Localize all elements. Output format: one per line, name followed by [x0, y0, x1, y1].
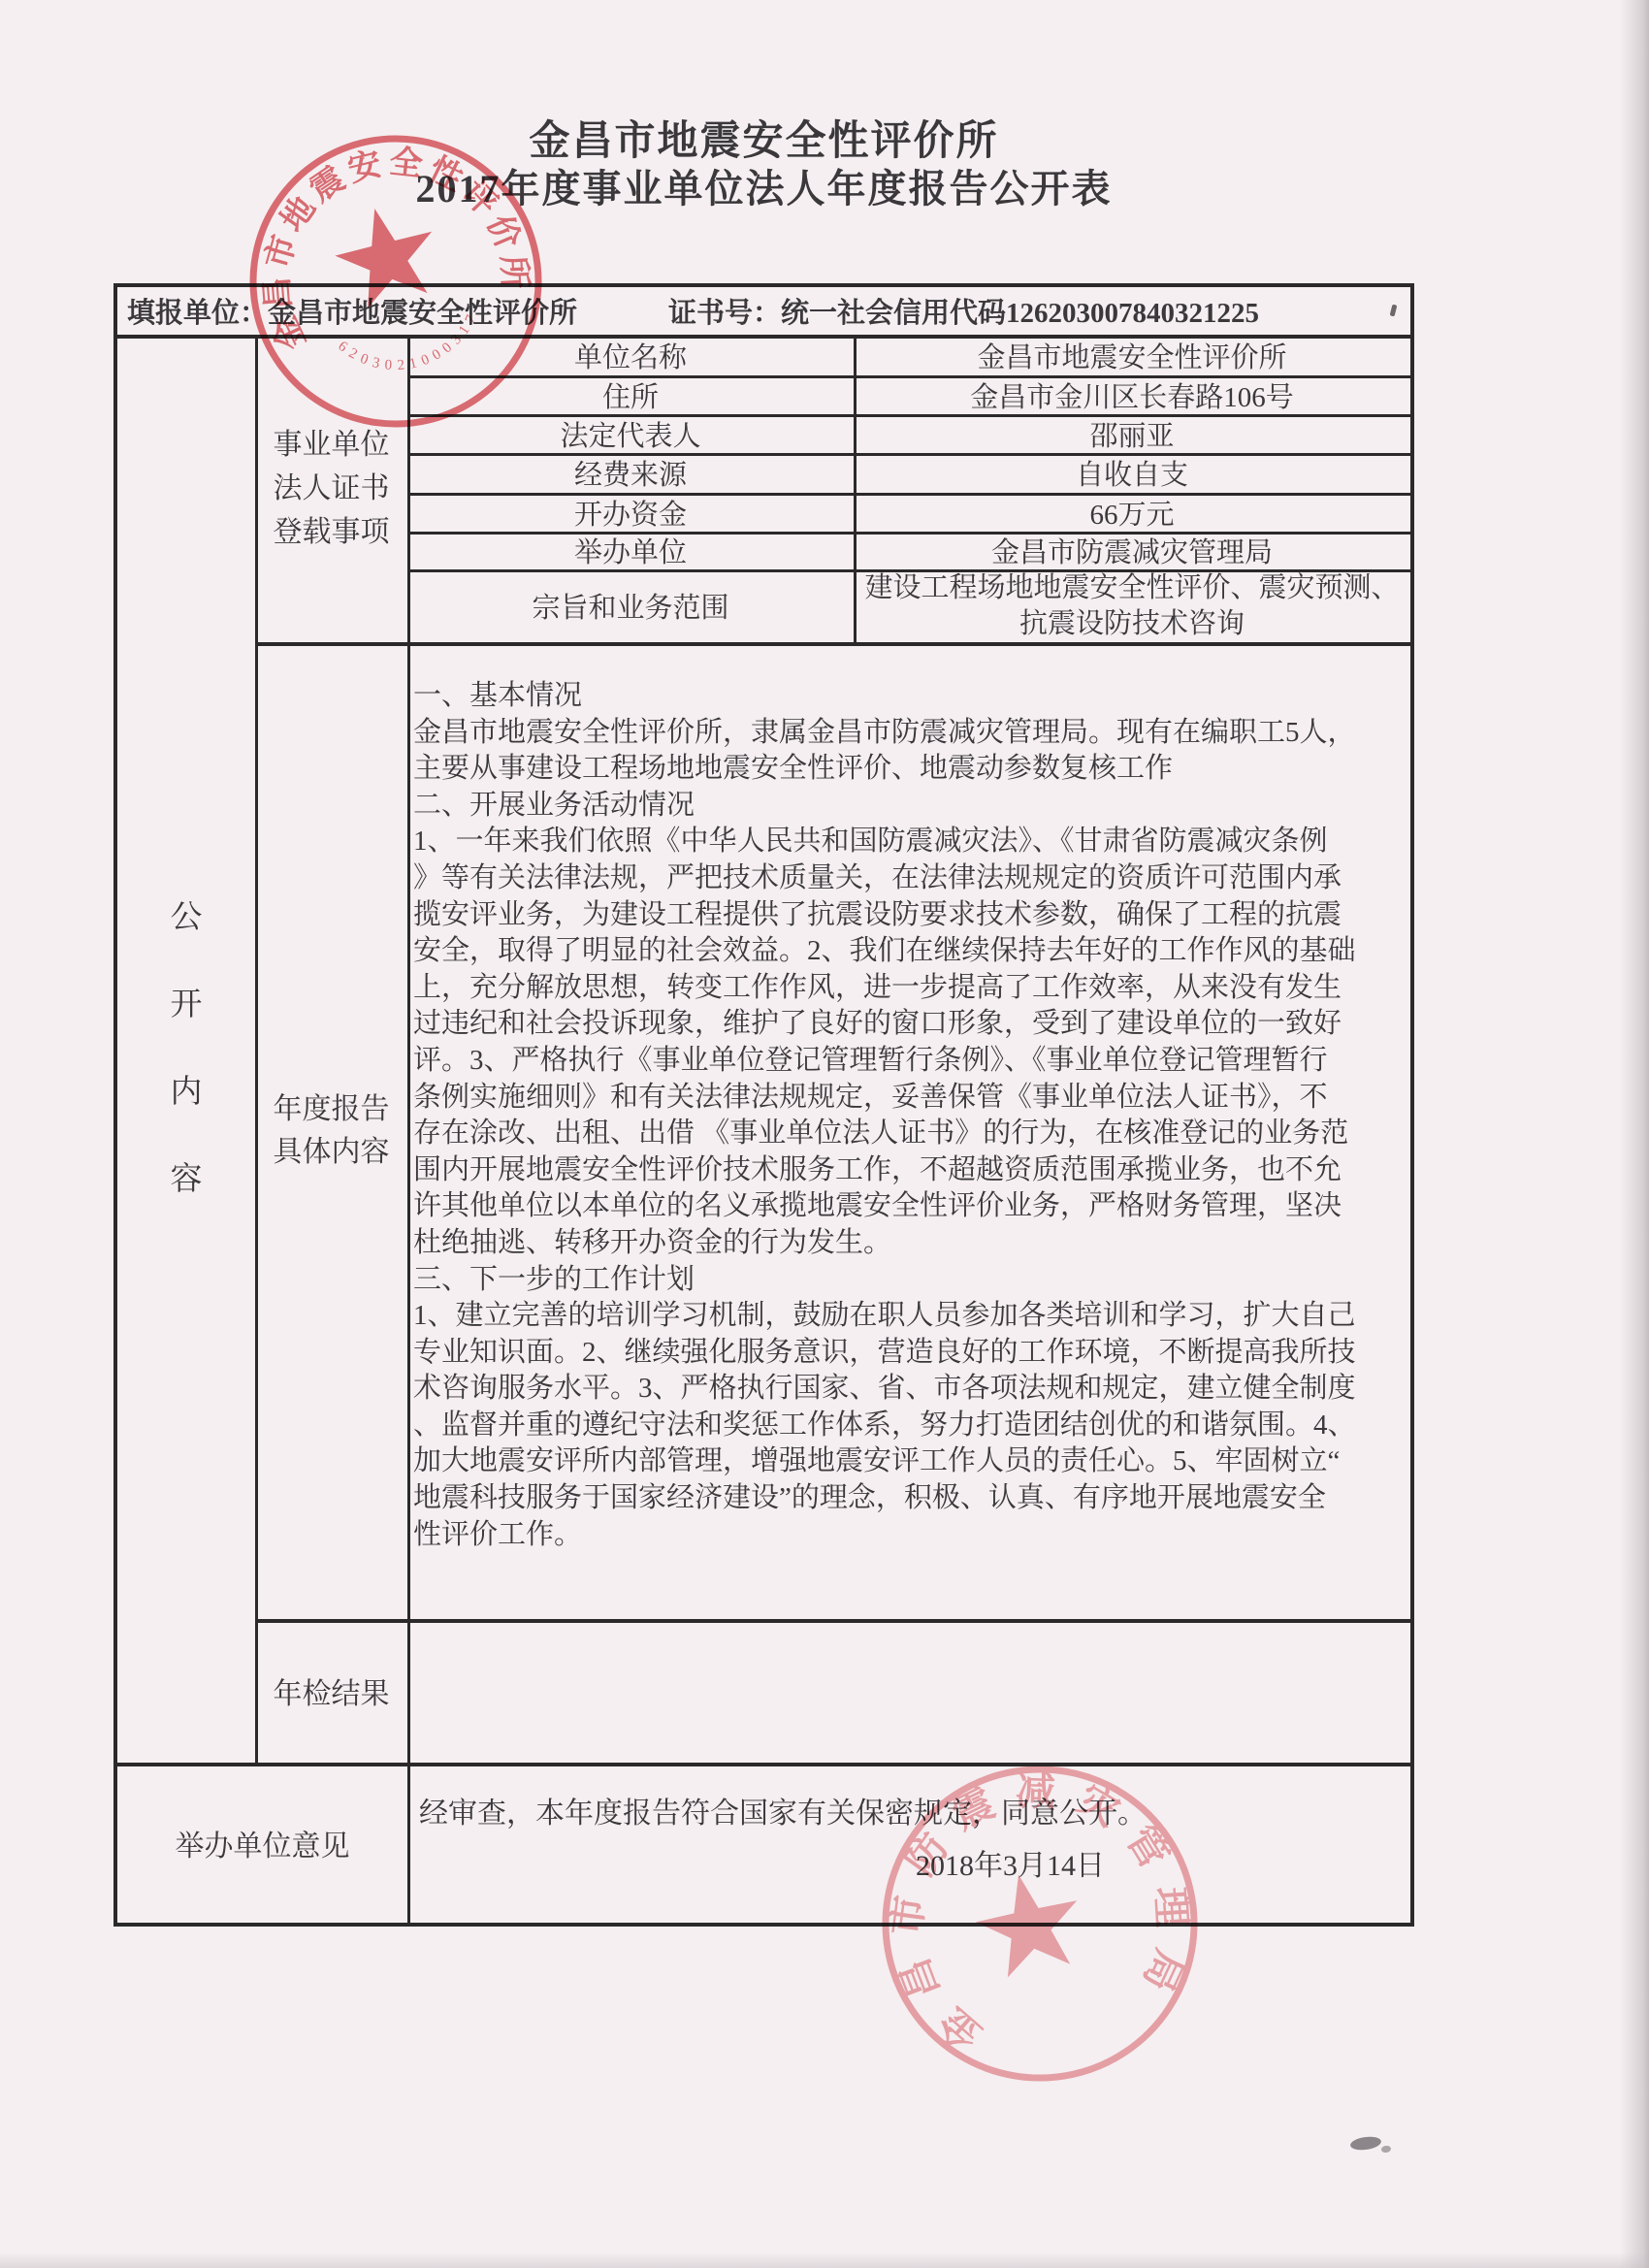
field-label-purpose-scope: 宗旨和业务范围 — [407, 569, 854, 642]
scan-edge-shading-bottom — [0, 2252, 1649, 2268]
public-content-column-label: 公 开 内 容 — [117, 335, 255, 1763]
report-section-label: 年度报告 具体内容 — [255, 642, 407, 1619]
official-seal-top-icon: 金昌市地震安全性评价所 6203021000317 — [231, 116, 561, 446]
field-value-purpose-scope: 建设工程场地地震安全性评价、震灾预测、抗震设防技术咨询 — [854, 569, 1410, 642]
inspection-result-value — [407, 1619, 1410, 1763]
field-label-sponsor-unit: 举办单位 — [407, 532, 854, 569]
report-section-content: 一、基本情况 金昌市地震安全性评价所，隶属金昌市防震减灾管理局。现有在编职工5人… — [407, 642, 1410, 1619]
field-value-opening-funds: 66万元 — [854, 493, 1410, 532]
field-value-legal-rep: 邵丽亚 — [854, 414, 1410, 453]
official-seal-bottom-icon: 金昌市防震减灾管理局 — [860, 1744, 1219, 2103]
scan-smudge-mark-small — [1381, 2145, 1392, 2153]
report-form-table: 填报单位： 金昌市地震安全性评价所 证书号： 统一社会信用代码126203007… — [113, 283, 1414, 1927]
field-value-sponsor-unit: 金昌市防震减灾管理局 — [854, 532, 1410, 569]
field-value-funding-source: 自收自支 — [854, 453, 1410, 493]
seal-top-serial-text: 6203021000317 — [333, 305, 492, 389]
scan-edge-shading — [1620, 0, 1649, 2268]
field-value-unit-name: 金昌市地震安全性评价所 — [854, 335, 1410, 375]
field-label-funding-source: 经费来源 — [407, 453, 854, 493]
inspection-result-label: 年检结果 — [255, 1619, 407, 1763]
svg-text:6203021000317: 6203021000317 — [333, 305, 492, 389]
scan-smudge-mark — [1349, 2135, 1381, 2152]
cert-number-label: 证书号： — [668, 291, 781, 331]
field-value-address: 金昌市金川区长春路106号 — [854, 375, 1410, 414]
sponsor-opinion-label: 举办单位意见 — [117, 1763, 407, 1923]
field-label-opening-funds: 开办资金 — [407, 493, 854, 532]
cert-number-value: 统一社会信用代码126203007840321225 — [781, 291, 1259, 331]
